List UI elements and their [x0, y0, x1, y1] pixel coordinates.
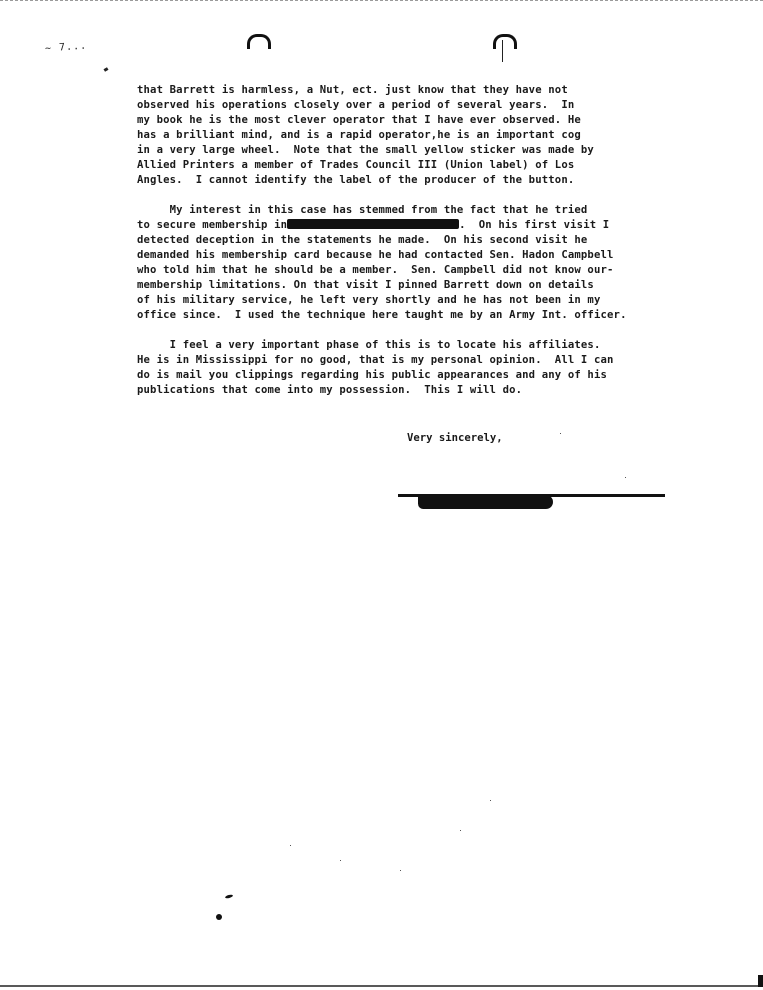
- text-line: My interest in this case has stemmed fro…: [137, 203, 587, 218]
- scan-speck: [340, 860, 341, 861]
- punch-hole-stem: [502, 40, 503, 62]
- text-line: publications that come into my possessio…: [137, 383, 522, 398]
- text-line: has a brilliant mind, and is a rapid ope…: [137, 128, 581, 143]
- text-line: of his military service, he left very sh…: [137, 293, 601, 308]
- text-line: He is in Mississippi for no good, that i…: [137, 353, 614, 368]
- redaction-bar: [287, 219, 459, 229]
- text-line: demanded his membership card because he …: [137, 248, 614, 263]
- text-line: do is mail you clippings regarding his p…: [137, 368, 607, 383]
- scan-speck: [490, 800, 491, 801]
- document-page: ~ 7... that Barrett is harmless, a Nut, …: [0, 0, 763, 990]
- text-line: who told him that he should be a member.…: [137, 263, 614, 278]
- scan-speck: [400, 870, 401, 871]
- signature-redaction: [418, 495, 553, 509]
- page-bottom-edge: [0, 985, 763, 987]
- text-line: observed his operations closely over a p…: [137, 98, 574, 113]
- scan-speck: [290, 845, 291, 846]
- margin-handwritten-mark: ~ 7...: [45, 41, 88, 55]
- text-line: that Barrett is harmless, a Nut, ect. ju…: [137, 83, 568, 98]
- text-segment: . On his first visit I: [459, 219, 609, 231]
- closing-salutation: Very sincerely,: [407, 432, 503, 444]
- text-segment: to secure membership in: [137, 219, 287, 231]
- scan-smudge: [216, 914, 222, 920]
- text-line: Allied Printers a member of Trades Counc…: [137, 158, 574, 173]
- punch-hole-left-icon: [247, 34, 271, 49]
- punch-hole-right-icon: [493, 34, 517, 49]
- scan-speck: [460, 830, 461, 831]
- page-corner-mark: [758, 975, 763, 987]
- text-line: membership limitations. On that visit I …: [137, 278, 594, 293]
- scan-speck: [560, 433, 561, 434]
- text-line: my book he is the most clever operator t…: [137, 113, 581, 128]
- scan-smudge: [225, 894, 234, 899]
- text-line: detected deception in the statements he …: [137, 233, 587, 248]
- text-line-with-redaction: to secure membership in. On his first vi…: [137, 218, 609, 233]
- text-line: Angles. I cannot identify the label of t…: [137, 173, 574, 188]
- margin-ink-mark: [104, 67, 109, 72]
- text-line: office since. I used the technique here …: [137, 308, 627, 323]
- scan-speck: [625, 477, 626, 478]
- text-line: in a very large wheel. Note that the sma…: [137, 143, 594, 158]
- text-line: I feel a very important phase of this is…: [137, 338, 601, 353]
- page-top-edge: [0, 0, 763, 1]
